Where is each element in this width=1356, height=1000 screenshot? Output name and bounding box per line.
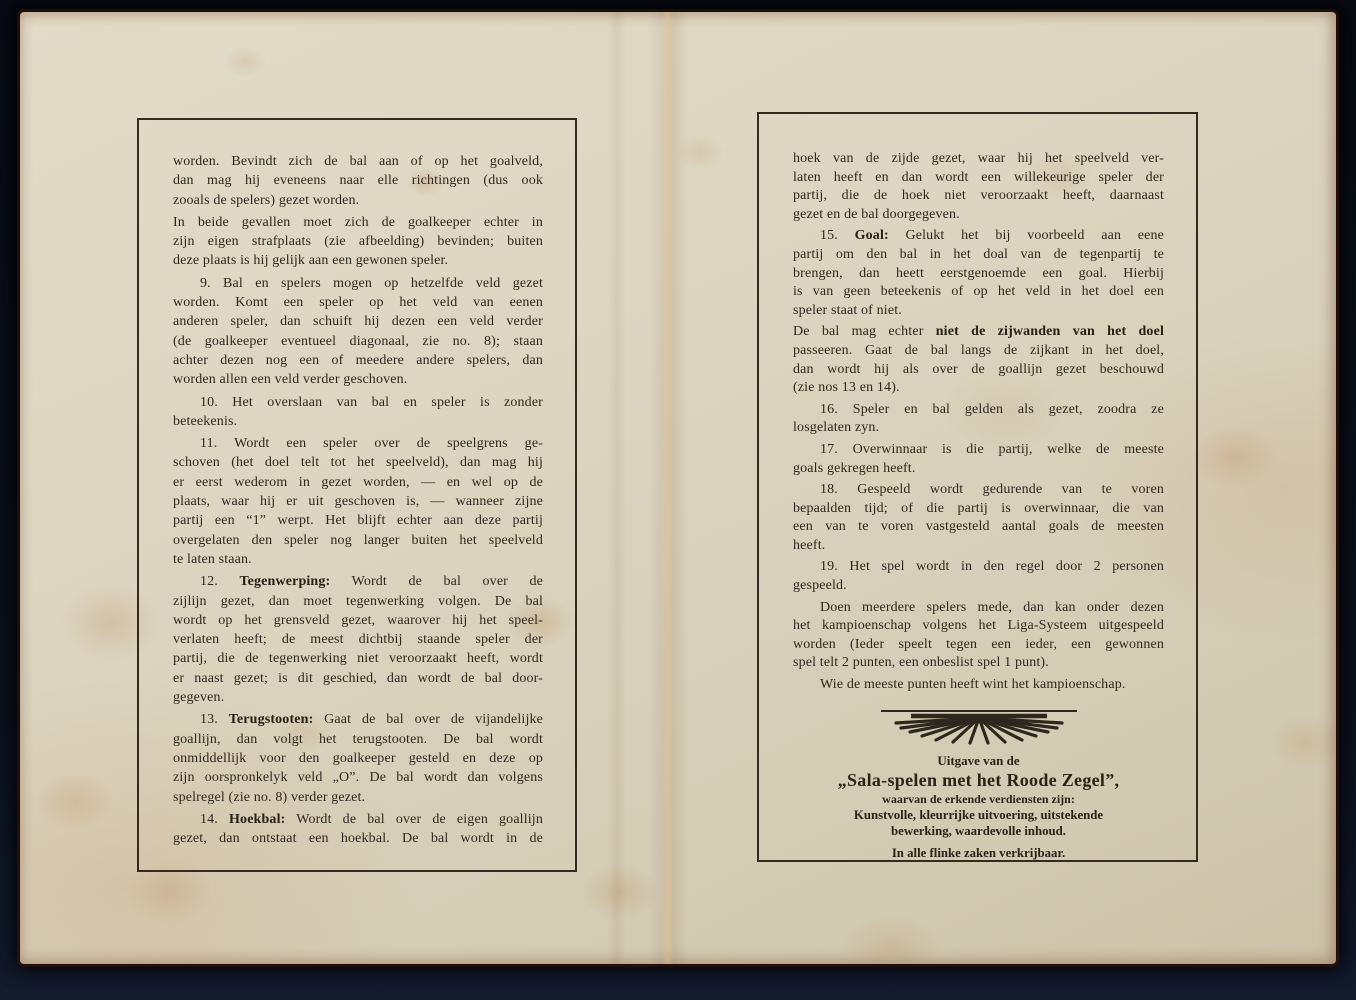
text-line: partij om den bal in het doal van de teg… [793, 246, 1164, 265]
text-line: 14. Hoekbal: Wordt de bal over de eigen … [173, 810, 543, 829]
text-line: 15. Goal: Gelukt het bij voorbeeld aan e… [793, 227, 1164, 246]
text-line: beteekenis. [173, 412, 543, 431]
text-line: er naast gezet; is dit geschied, dan wor… [173, 669, 543, 688]
text-line: worden. Bevindt zich de bal aan of op he… [173, 152, 543, 171]
text-line: 13. Terugstooten: Gaat de bal over de vi… [173, 710, 543, 729]
paragraph: worden. Bevindt zich de bal aan of op he… [173, 152, 543, 210]
text-line: verlaten heeft; de meest dichtbij staand… [173, 630, 543, 649]
text-line: 11. Wordt een speler over de speelgrens … [173, 434, 543, 453]
text-line: brengen, dan heett eerstgenoemde een goa… [793, 265, 1164, 284]
text-line: wordt op het grensveld gezet, waarover h… [173, 611, 543, 630]
text-line: speler staat of niet. [793, 302, 1164, 321]
text-line: goals gekregen heeft. [793, 460, 1164, 479]
text-line: schoven (het doel telt tot het speelveld… [173, 453, 543, 472]
publisher-line-4: Kunstvolle, kleurrijke uitvoering, uitst… [793, 807, 1164, 823]
text-line: 18. Gespeeld wordt gedurende van te vore… [793, 481, 1164, 500]
text-line: (de goalkeeper eventueel diagonaal, zie … [173, 332, 543, 351]
text-line: 9. Bal en spelers mogen op hetzelfde vel… [173, 274, 543, 293]
text-line: 10. Het overslaan van bal en speler is z… [173, 393, 543, 412]
paragraph: 18. Gespeeld wordt gedurende van te vore… [793, 481, 1164, 555]
text-line: worden. Komt een speler op het veld van … [173, 293, 543, 312]
text-line: partij een “1” werpt. Het blijft echter … [173, 511, 543, 530]
text-line: 19. Het spel wordt in den regel door 2 p… [793, 558, 1164, 577]
publisher-line-6: In alle flinke zaken verkrijbaar. [793, 845, 1164, 861]
text-line: onmiddellijk voor den goalkeeper gesteld… [173, 749, 543, 768]
paragraph: 11. Wordt een speler over de speelgrens … [173, 434, 543, 569]
text-line: laten heeft en dan wordt een willekeurig… [793, 169, 1164, 188]
text-line: achter dezen nog een of meedere andere s… [173, 351, 543, 370]
paragraph: De bal mag echter niet de zijwanden van … [793, 323, 1164, 397]
text-line: spelregel (zie no. 8) verder gezet. [173, 788, 543, 807]
text-line: zijlijn gezet, dan moet tegenwerking vol… [173, 592, 543, 611]
text-line: het kampioenschap volgens het Liga-Syste… [793, 617, 1164, 636]
text-line: dan mag hij eveneens naar elle richtinge… [173, 171, 543, 190]
text-line: heeft. [793, 537, 1164, 556]
text-line: De bal mag echter niet de zijwanden van … [793, 323, 1164, 342]
publisher-line-3: waarvan de erkende verdiensten zijn: [793, 792, 1164, 807]
text-line: Wie de meeste punten heeft wint het kamp… [793, 676, 1164, 695]
paragraph: 14. Hoekbal: Wordt de bal over de eigen … [173, 810, 543, 849]
page-right-text: hoek van de zijde gezet, waar hij het sp… [793, 150, 1164, 695]
text-line: partij, die de hoek niet veroorzaakt hee… [793, 187, 1164, 206]
text-line: anderen speler, dan schuift hij dezen ee… [173, 312, 543, 331]
paragraph: Doen meerdere spelers mede, dan kan onde… [793, 599, 1164, 673]
sunburst-divider-icon [879, 707, 1079, 749]
text-line: (zie nos 13 en 14). [793, 379, 1164, 398]
text-line: gegeven. [173, 688, 543, 707]
text-line: hoek van de zijde gezet, waar hij het sp… [793, 150, 1164, 169]
text-line: Doen meerdere spelers mede, dan kan onde… [793, 599, 1164, 618]
text-line: losgelaten zyn. [793, 419, 1164, 438]
text-line: plaats, waar hij er uit geschoven is, — … [173, 492, 543, 511]
text-line: is van geen beteekenis of op het veld in… [793, 283, 1164, 302]
page-right-frame: hoek van de zijde gezet, waar hij het sp… [757, 112, 1198, 862]
text-line: er eerst wederom in gezet worden, — en w… [173, 473, 543, 492]
text-line: gespeeld. [793, 577, 1164, 596]
text-line: In beide gevallen moet zich de goalkeepe… [173, 213, 543, 232]
text-line: worden (Ieder speelt tegen een ieder, ee… [793, 636, 1164, 655]
paragraph: 13. Terugstooten: Gaat de bal over de vi… [173, 710, 543, 806]
text-line: spel telt 2 punten, een onbeslist spel 1… [793, 654, 1164, 673]
paragraph: 9. Bal en spelers mogen op hetzelfde vel… [173, 274, 543, 390]
publisher-line-5: bewerking, waardevolle inhoud. [793, 823, 1164, 839]
paragraph: 12. Tegenwerping: Wordt de bal over dezi… [173, 572, 543, 707]
text-line: partij, die de tegenwerking niet veroorz… [173, 649, 543, 668]
text-line: bepaalden tijd; of die partij is overwin… [793, 500, 1164, 519]
text-line: gezet en de bal doorgegeven. [793, 206, 1164, 225]
text-line: zijn eigen strafplaats (zie afbeelding) … [173, 232, 543, 251]
text-line: dan wordt hij als over de goallijn gezet… [793, 361, 1164, 380]
text-line: zijn oorspronkelyk veld „O”. De bal word… [173, 768, 543, 787]
text-line: 16. Speler en bal gelden als gezet, zood… [793, 401, 1164, 420]
publisher-line-1: Uitgave van de [793, 753, 1164, 769]
text-line: zooals de spelers) gezet worden. [173, 191, 543, 210]
text-line: worden allen een veld verder geschoven. [173, 370, 543, 389]
paragraph: Wie de meeste punten heeft wint het kamp… [793, 676, 1164, 695]
paragraph: 10. Het overslaan van bal en speler is z… [173, 393, 543, 432]
publisher-block: Uitgave van de „Sala-spelen met het Rood… [793, 753, 1164, 861]
page-left-frame: worden. Bevindt zich de bal aan of op he… [137, 118, 577, 872]
paragraph: 19. Het spel wordt in den regel door 2 p… [793, 558, 1164, 595]
text-line: goallijn, dan volgt het terugstooten. De… [173, 730, 543, 749]
text-line: 17. Overwinnaar is die partij, welke de … [793, 441, 1164, 460]
text-line: overgelaten den speler nog langer buiten… [173, 531, 543, 550]
scan-background: worden. Bevindt zich de bal aan of op he… [0, 0, 1356, 1000]
text-line: te laten staan. [173, 550, 543, 569]
text-line: passeeren. Gaat de bal langs de zijkant … [793, 342, 1164, 361]
center-fold-crease [648, 12, 688, 964]
paragraph: hoek van de zijde gezet, waar hij het sp… [793, 150, 1164, 224]
text-line: deze plaats is hij gelijk aan een gewone… [173, 251, 543, 270]
paragraph: 17. Overwinnaar is die partij, welke de … [793, 441, 1164, 478]
secondary-crease [608, 12, 626, 964]
paragraph: In beide gevallen moet zich de goalkeepe… [173, 213, 543, 271]
publisher-name: „Sala-spelen met het Roode Zegel”, [793, 769, 1164, 792]
page-left-text: worden. Bevindt zich de bal aan of op he… [173, 152, 543, 848]
text-line: gezet, dan ontstaat een hoekbal. De bal … [173, 829, 543, 848]
paragraph: 16. Speler en bal gelden als gezet, zood… [793, 401, 1164, 438]
text-line: een van te voren vastgesteld aantal goal… [793, 518, 1164, 537]
text-line: 12. Tegenwerping: Wordt de bal over de [173, 572, 543, 591]
paragraph: 15. Goal: Gelukt het bij voorbeeld aan e… [793, 227, 1164, 320]
